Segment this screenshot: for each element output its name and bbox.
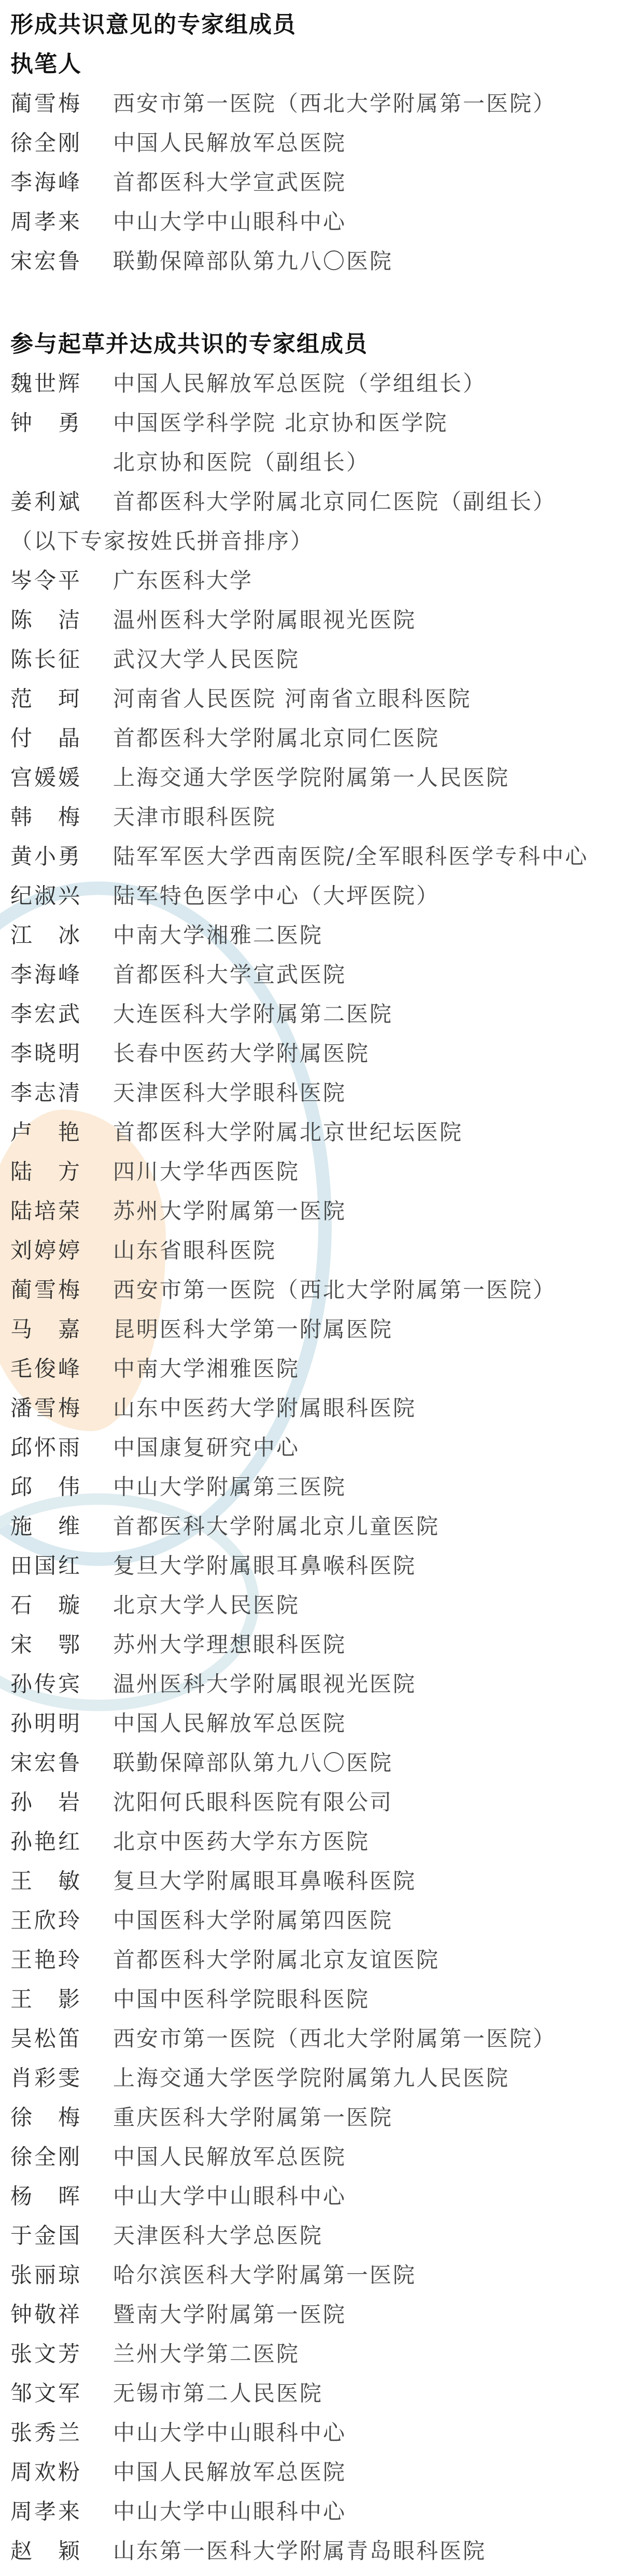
list-item: 杨 晖中山大学中山眼科中心 — [10, 2177, 622, 2216]
member-affiliation: 中国人民解放军总医院（学组组长） — [113, 364, 486, 403]
list-item: 张秀兰中山大学中山眼科中心 — [10, 2413, 622, 2453]
ordering-note: （以下专家按姓氏拼音排序） — [10, 522, 622, 561]
list-item: 陈长征武汉大学人民医院 — [10, 640, 622, 679]
member-name: 毛俊峰 — [10, 1349, 113, 1389]
member-name: 陆 方 — [10, 1152, 113, 1192]
member-name: 蔺雪梅 — [10, 84, 113, 123]
member-name: 张丽琼 — [10, 2256, 113, 2295]
member-affiliation: 首都医科大学附属北京儿童医院 — [113, 1507, 440, 1546]
member-name: 潘雪梅 — [10, 1389, 113, 1428]
list-item: 蔺雪梅西安市第一医院（西北大学附属第一医院） — [10, 1270, 622, 1310]
member-affiliation: 山东中医药大学附属眼科医院 — [113, 1389, 416, 1428]
member-affiliation: 首都医科大学宣武医院 — [113, 955, 346, 995]
member-name: 魏世辉 — [10, 364, 113, 403]
member-affiliation: 无锡市第二人民医院 — [113, 2374, 323, 2413]
member-affiliation: 重庆医科大学附属第一医院 — [113, 2098, 393, 2137]
member-affiliation: 四川大学华西医院 — [113, 1152, 300, 1192]
list-item: 徐全刚中国人民解放军总医院 — [10, 123, 622, 163]
member-affiliation: 复旦大学附属眼耳鼻喉科医院 — [113, 1546, 416, 1586]
list-item: 宫媛媛上海交通大学医学院附属第一人民医院 — [10, 758, 622, 797]
writers-subtitle: 执笔人 — [10, 45, 622, 84]
list-item: 孙明明中国人民解放军总医院 — [10, 1704, 622, 1743]
list-item: 徐全刚中国人民解放军总医院 — [10, 2137, 622, 2177]
member-name: 周孝来 — [10, 202, 113, 242]
list-item: 蔺雪梅西安市第一医院（西北大学附属第一医院） — [10, 84, 622, 123]
list-item: 宋宏鲁联勤保障部队第九八〇医院 — [10, 242, 622, 281]
member-affiliation: 山东省眼科医院 — [113, 1231, 276, 1270]
member-name: 王欣玲 — [10, 1901, 113, 1940]
member-name: 石 璇 — [10, 1586, 113, 1625]
member-affiliation: 中山大学中山眼科中心 — [113, 202, 346, 242]
member-name: 张秀兰 — [10, 2413, 113, 2453]
member-affiliation: 苏州大学附属第一医院 — [113, 1192, 346, 1231]
member-name: 卢 艳 — [10, 1113, 113, 1152]
member-affiliation: 河南省人民医院 河南省立眼科医院 — [113, 679, 471, 719]
section-title: 形成共识意见的专家组成员 — [10, 5, 622, 45]
list-item: 施 维首都医科大学附属北京儿童医院 — [10, 1507, 622, 1546]
list-item: 江 冰中南大学湘雅二医院 — [10, 916, 622, 955]
member-name: 李海峰 — [10, 163, 113, 202]
member-name: 周欢粉 — [10, 2453, 113, 2492]
member-affiliation: 首都医科大学附属北京同仁医院（副组长） — [113, 482, 556, 522]
list-item: 李海峰首都医科大学宣武医院 — [10, 163, 622, 202]
list-item: 宋 鄂苏州大学理想眼科医院 — [10, 1625, 622, 1664]
list-item: 于金国天津医科大学总医院 — [10, 2216, 622, 2256]
member-name: 孙 岩 — [10, 1783, 113, 1822]
list-item-leader: 钟 勇 中国医学科学院 北京协和医学院 — [10, 403, 622, 443]
member-name: 吴松笛 — [10, 2019, 113, 2059]
member-name: 宋 鄂 — [10, 1625, 113, 1664]
member-name: 马 嘉 — [10, 1310, 113, 1349]
member-name: 纪淑兴 — [10, 876, 113, 916]
list-item: 钟敬祥暨南大学附属第一医院 — [10, 2295, 622, 2334]
member-affiliation: 中国医科大学附属第四医院 — [113, 1901, 393, 1940]
member-name: 孙艳红 — [10, 1822, 113, 1861]
member-name: 李宏武 — [10, 995, 113, 1034]
list-item: 邹文军无锡市第二人民医院 — [10, 2374, 622, 2413]
member-affiliation: 武汉大学人民医院 — [113, 640, 300, 679]
member-affiliation: 西安市第一医院（西北大学附属第一医院） — [113, 2019, 556, 2059]
list-item: 徐 梅重庆医科大学附属第一医院 — [10, 2098, 622, 2137]
member-name: 姜利斌 — [10, 482, 113, 522]
member-name: 宫媛媛 — [10, 758, 113, 797]
writers-list: 蔺雪梅西安市第一医院（西北大学附属第一医院）徐全刚中国人民解放军总医院李海峰首都… — [10, 84, 622, 281]
list-item: 付 晶首都医科大学附属北京同仁医院 — [10, 719, 622, 758]
member-affiliation: 中山大学中山眼科中心 — [113, 2177, 346, 2216]
member-affiliation: 大连医科大学附属第二医院 — [113, 995, 393, 1034]
member-name: 刘婷婷 — [10, 1231, 113, 1270]
member-name: 赵 颖 — [10, 2531, 113, 2571]
member-affiliation: 天津医科大学总医院 — [113, 2216, 323, 2256]
member-affiliation: 中山大学中山眼科中心 — [113, 2413, 346, 2453]
member-affiliation: 山东第一医科大学附属青岛眼科医院 — [113, 2531, 486, 2571]
member-name: 孙传宾 — [10, 1664, 113, 1704]
member-name: 施 维 — [10, 1507, 113, 1546]
list-item: 纪淑兴陆军特色医学中心（大坪医院） — [10, 876, 622, 916]
list-item: 张丽琼哈尔滨医科大学附属第一医院 — [10, 2256, 622, 2295]
list-item: 赵 颖山东第一医科大学附属青岛眼科医院 — [10, 2531, 622, 2571]
member-affiliation: 中南大学湘雅医院 — [113, 1349, 300, 1389]
list-item-continuation: 北京协和医院（副组长） — [10, 443, 622, 482]
member-affiliation: 长春中医药大学附属医院 — [113, 1034, 370, 1073]
list-item: 范 珂河南省人民医院 河南省立眼科医院 — [10, 679, 622, 719]
member-name: 徐全刚 — [10, 123, 113, 163]
member-affiliation: 联勤保障部队第九八〇医院 — [113, 242, 393, 281]
section-title: 参与起草并达成共识的专家组成员 — [10, 325, 622, 364]
member-affiliation: 温州医科大学附属眼视光医院 — [113, 600, 416, 640]
list-item: 黄小勇陆军军医大学西南医院/全军眼科医学专科中心 — [10, 837, 622, 876]
member-name: 钟敬祥 — [10, 2295, 113, 2334]
member-affiliation: 上海交通大学医学院附属第一人民医院 — [113, 758, 510, 797]
list-item: 陆培荣苏州大学附属第一医院 — [10, 1192, 622, 1231]
member-affiliation: 北京中医药大学东方医院 — [113, 1822, 370, 1861]
member-affiliation: 兰州大学第二医院 — [113, 2334, 300, 2374]
member-name: 肖彩雯 — [10, 2059, 113, 2098]
member-affiliation: 复旦大学附属眼耳鼻喉科医院 — [113, 1861, 416, 1901]
member-affiliation-line2: 北京协和医院（副组长） — [113, 443, 370, 482]
member-affiliation: 上海交通大学医学院附属第九人民医院 — [113, 2059, 510, 2098]
member-name: 周孝来 — [10, 2492, 113, 2531]
list-item: 肖彩雯上海交通大学医学院附属第九人民医院 — [10, 2059, 622, 2098]
member-affiliation: 首都医科大学宣武医院 — [113, 163, 346, 202]
member-name: 邱怀雨 — [10, 1428, 113, 1467]
member-affiliation: 中山大学中山眼科中心 — [113, 2492, 346, 2531]
list-item: 陈 洁温州医科大学附属眼视光医院 — [10, 600, 622, 640]
member-name: 于金国 — [10, 2216, 113, 2256]
member-affiliation: 中国中医科学院眼科医院 — [113, 1980, 370, 2019]
list-item: 宋宏鲁联勤保障部队第九八〇医院 — [10, 1743, 622, 1783]
member-affiliation: 首都医科大学附属北京友谊医院 — [113, 1940, 440, 1980]
member-affiliation: 西安市第一医院（西北大学附属第一医院） — [113, 1270, 556, 1310]
member-affiliation: 昆明医科大学第一附属医院 — [113, 1310, 393, 1349]
member-name: 徐 梅 — [10, 2098, 113, 2137]
member-affiliation: 温州医科大学附属眼视光医院 — [113, 1664, 416, 1704]
section-drafting-experts: 参与起草并达成共识的专家组成员 魏世辉 中国人民解放军总医院（学组组长） 钟 勇… — [10, 325, 622, 2571]
list-item: 潘雪梅山东中医药大学附属眼科医院 — [10, 1389, 622, 1428]
member-name: 邹文军 — [10, 2374, 113, 2413]
list-item-leader: 魏世辉 中国人民解放军总医院（学组组长） — [10, 364, 622, 403]
member-name: 宋宏鲁 — [10, 242, 113, 281]
list-item: 李志清天津医科大学眼科医院 — [10, 1073, 622, 1113]
list-item: 孙 岩沈阳何氏眼科医院有限公司 — [10, 1783, 622, 1822]
list-item: 李宏武大连医科大学附属第二医院 — [10, 995, 622, 1034]
member-name: 李晓明 — [10, 1034, 113, 1073]
list-item: 韩 梅天津市眼科医院 — [10, 797, 622, 837]
member-name: 蔺雪梅 — [10, 1270, 113, 1310]
list-item: 石 璇北京大学人民医院 — [10, 1586, 622, 1625]
member-affiliation: 西安市第一医院（西北大学附属第一医院） — [113, 84, 556, 123]
list-item-leader: 姜利斌 首都医科大学附属北京同仁医院（副组长） — [10, 482, 622, 522]
member-name: 钟 勇 — [10, 403, 113, 443]
member-name: 陈 洁 — [10, 600, 113, 640]
member-name: 李志清 — [10, 1073, 113, 1113]
list-item: 李晓明长春中医药大学附属医院 — [10, 1034, 622, 1073]
member-affiliation: 苏州大学理想眼科医院 — [113, 1625, 346, 1664]
member-name: 王 影 — [10, 1980, 113, 2019]
member-name: 韩 梅 — [10, 797, 113, 837]
member-affiliation: 广东医科大学 — [113, 561, 253, 600]
member-name: 田国红 — [10, 1546, 113, 1586]
list-item: 王 影中国中医科学院眼科医院 — [10, 1980, 622, 2019]
member-affiliation: 中国人民解放军总医院 — [113, 1704, 346, 1743]
member-name: 岑令平 — [10, 561, 113, 600]
member-affiliation: 北京大学人民医院 — [113, 1586, 300, 1625]
member-name: 徐全刚 — [10, 2137, 113, 2177]
list-item: 刘婷婷山东省眼科医院 — [10, 1231, 622, 1270]
member-affiliation: 中南大学湘雅二医院 — [113, 916, 323, 955]
list-item: 邱怀雨中国康复研究中心 — [10, 1428, 622, 1467]
experts-list: 岑令平广东医科大学陈 洁温州医科大学附属眼视光医院陈长征武汉大学人民医院范 珂河… — [10, 561, 622, 2571]
list-item: 王艳玲首都医科大学附属北京友谊医院 — [10, 1940, 622, 1980]
member-name: 黄小勇 — [10, 837, 113, 876]
member-name: 张文芳 — [10, 2334, 113, 2374]
member-affiliation: 陆军特色医学中心（大坪医院） — [113, 876, 440, 916]
member-name: 杨 晖 — [10, 2177, 113, 2216]
member-name: 陈长征 — [10, 640, 113, 679]
member-affiliation: 中国医学科学院 北京协和医学院 — [113, 403, 448, 443]
member-name: 孙明明 — [10, 1704, 113, 1743]
member-affiliation: 中山大学附属第三医院 — [113, 1467, 346, 1507]
section-consensus-authors: 形成共识意见的专家组成员 执笔人 蔺雪梅西安市第一医院（西北大学附属第一医院）徐… — [10, 5, 622, 281]
list-item: 岑令平广东医科大学 — [10, 561, 622, 600]
member-affiliation: 中国人民解放军总医院 — [113, 2453, 346, 2492]
list-item: 孙艳红北京中医药大学东方医院 — [10, 1822, 622, 1861]
member-affiliation: 中国人民解放军总医院 — [113, 2137, 346, 2177]
member-name: 江 冰 — [10, 916, 113, 955]
list-item: 周欢粉中国人民解放军总医院 — [10, 2453, 622, 2492]
member-affiliation: 哈尔滨医科大学附属第一医院 — [113, 2256, 416, 2295]
list-item: 毛俊峰中南大学湘雅医院 — [10, 1349, 622, 1389]
member-name: 王艳玲 — [10, 1940, 113, 1980]
member-affiliation: 中国人民解放军总医院 — [113, 123, 346, 163]
member-affiliation: 联勤保障部队第九八〇医院 — [113, 1743, 393, 1783]
member-name: 陆培荣 — [10, 1192, 113, 1231]
member-affiliation: 天津医科大学眼科医院 — [113, 1073, 346, 1113]
list-item: 卢 艳首都医科大学附属北京世纪坛医院 — [10, 1113, 622, 1152]
member-affiliation: 沈阳何氏眼科医院有限公司 — [113, 1783, 393, 1822]
list-item: 王欣玲中国医科大学附属第四医院 — [10, 1901, 622, 1940]
list-item: 孙传宾温州医科大学附属眼视光医院 — [10, 1664, 622, 1704]
list-item: 周孝来中山大学中山眼科中心 — [10, 2492, 622, 2531]
section-spacer — [10, 281, 622, 325]
expert-list-document: 形成共识意见的专家组成员 执笔人 蔺雪梅西安市第一医院（西北大学附属第一医院）徐… — [0, 0, 622, 2571]
member-name: 宋宏鲁 — [10, 1743, 113, 1783]
member-affiliation: 中国康复研究中心 — [113, 1428, 300, 1467]
list-item: 田国红复旦大学附属眼耳鼻喉科医院 — [10, 1546, 622, 1586]
member-name: 范 珂 — [10, 679, 113, 719]
list-item: 陆 方四川大学华西医院 — [10, 1152, 622, 1192]
member-affiliation: 首都医科大学附属北京同仁医院 — [113, 719, 440, 758]
member-name: 付 晶 — [10, 719, 113, 758]
list-item: 李海峰首都医科大学宣武医院 — [10, 955, 622, 995]
list-item: 邱 伟中山大学附属第三医院 — [10, 1467, 622, 1507]
member-affiliation: 陆军军医大学西南医院/全军眼科医学专科中心 — [113, 837, 588, 876]
member-affiliation: 首都医科大学附属北京世纪坛医院 — [113, 1113, 463, 1152]
list-item: 张文芳兰州大学第二医院 — [10, 2334, 622, 2374]
list-item: 吴松笛西安市第一医院（西北大学附属第一医院） — [10, 2019, 622, 2059]
list-item: 周孝来中山大学中山眼科中心 — [10, 202, 622, 242]
list-item: 王 敏复旦大学附属眼耳鼻喉科医院 — [10, 1861, 622, 1901]
member-affiliation: 天津市眼科医院 — [113, 797, 276, 837]
list-item: 马 嘉昆明医科大学第一附属医院 — [10, 1310, 622, 1349]
member-name: 王 敏 — [10, 1861, 113, 1901]
member-name: 邱 伟 — [10, 1467, 113, 1507]
member-affiliation: 暨南大学附属第一医院 — [113, 2295, 346, 2334]
member-name: 李海峰 — [10, 955, 113, 995]
